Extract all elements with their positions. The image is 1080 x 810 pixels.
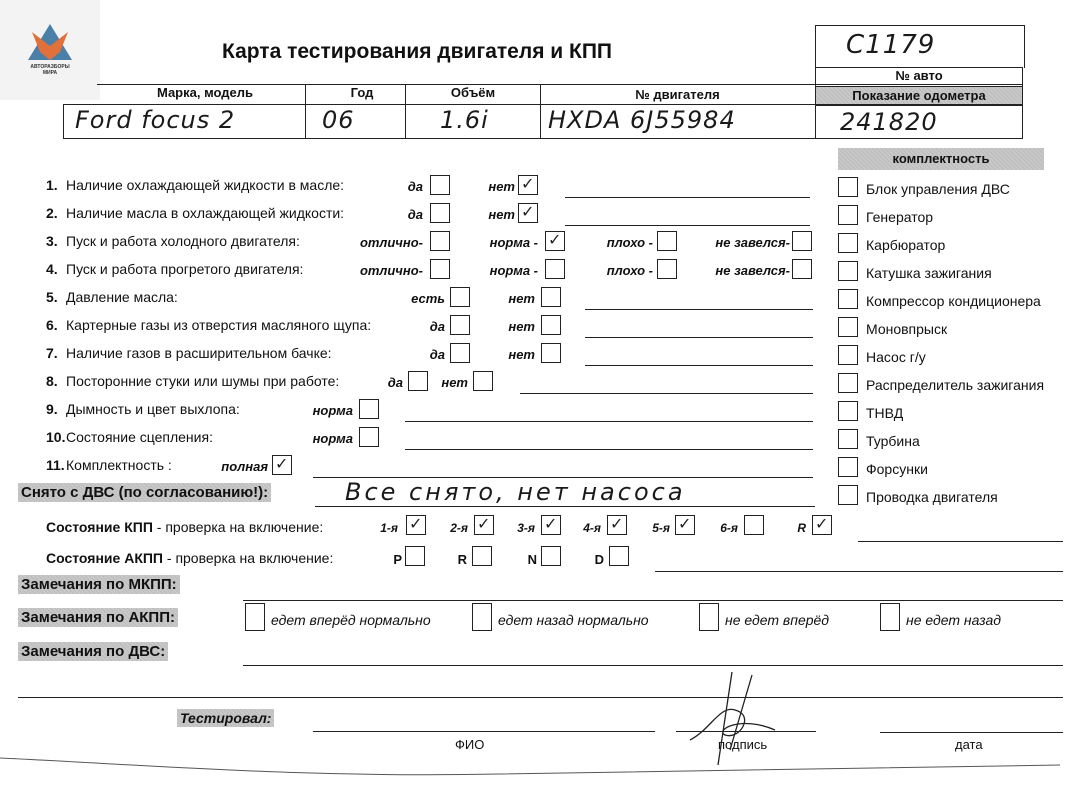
question-6-option-2-checkbox[interactable] (541, 315, 561, 335)
question-10: 10.Состояние сцепления: (46, 429, 213, 445)
paper-edge (0, 750, 1080, 780)
checkmark-icon: ✓ (521, 176, 534, 192)
col-label-volume: Объём (406, 85, 540, 100)
question-text: Посторонние стуки или шумы при работе: (66, 373, 339, 389)
question-7-option-1-checkbox[interactable] (450, 343, 470, 363)
question-number: 5. (46, 289, 66, 305)
question-text: Пуск и работа холодного двигателя: (66, 233, 300, 249)
option-label: да (430, 319, 445, 334)
question-text: Пуск и работа прогретого двигателя: (66, 261, 303, 277)
question-4-option-4-checkbox[interactable] (792, 259, 812, 279)
option-label: нет (508, 291, 535, 306)
option-label: плохо - (607, 235, 653, 250)
question-8-option-2-checkbox[interactable] (473, 371, 493, 391)
gear-label: 6-я (720, 521, 738, 535)
question-10-option-1-checkbox[interactable] (359, 427, 379, 447)
question-text: Комплектность : (66, 457, 172, 473)
notes-line[interactable] (405, 421, 813, 422)
removed-value[interactable]: Все снято, нет насоса (345, 478, 686, 506)
remarks-dvs-label: Замечания по ДВС: (18, 642, 168, 661)
option-label: да (388, 375, 403, 390)
notes-line[interactable] (585, 337, 813, 338)
option-label: норма (313, 403, 353, 418)
akpp-label: Состояние АКПП - проверка на включение: (46, 550, 333, 566)
option-label: отлично- (360, 263, 423, 278)
gear-6-checkbox[interactable] (744, 515, 764, 535)
question-2-option-2-checkbox[interactable]: ✓ (518, 203, 538, 223)
option-label: нет (488, 207, 515, 222)
checkmark-icon: ✓ (544, 516, 557, 532)
completeness-item-label: Генератор (866, 209, 933, 225)
logo-icon (26, 22, 74, 62)
completeness-checkbox-7[interactable] (838, 345, 858, 365)
question-5: 5.Давление масла: (46, 289, 178, 305)
completeness-item-label: Распределитель зажигания (866, 377, 1044, 393)
notes-line[interactable] (565, 197, 810, 198)
gear-label: 4-я (583, 521, 601, 535)
option-label: не завелся- (715, 263, 790, 278)
akpp-remark-checkbox-4[interactable] (880, 603, 900, 631)
question-6-option-1-checkbox[interactable] (450, 315, 470, 335)
col-label-year: Год (318, 85, 406, 100)
question-11-option-1-checkbox[interactable]: ✓ (272, 455, 292, 475)
question-number: 10. (46, 429, 66, 445)
mode-label: R (458, 552, 467, 567)
tested-by-label: Тестировал: (177, 709, 274, 727)
gear-label: R (797, 521, 806, 535)
question-text: Картерные газы из отверстия масляного щу… (66, 317, 371, 333)
checkmark-icon: ✓ (521, 204, 534, 220)
completeness-item-label: Форсунки (866, 461, 928, 477)
odometer-value[interactable]: 241820 (840, 108, 938, 136)
checkmark-icon: ✓ (548, 232, 561, 248)
question-number: 4. (46, 261, 66, 277)
notes-line[interactable] (520, 393, 813, 394)
question-number: 11. (46, 457, 66, 473)
notes-line[interactable] (585, 365, 813, 366)
question-number: 8. (46, 373, 66, 389)
checkmark-icon: ✓ (409, 516, 422, 532)
completeness-checkbox-4[interactable] (838, 261, 858, 281)
question-4: 4.Пуск и работа прогретого двигателя: (46, 261, 303, 277)
completeness-checkbox-2[interactable] (838, 205, 858, 225)
option-label: нет (441, 375, 468, 390)
option-label: норма - (490, 263, 538, 278)
question-text: Дымность и цвет выхлопа: (66, 401, 240, 417)
question-6: 6.Картерные газы из отверстия масляного … (46, 317, 371, 333)
option-label: норма - (490, 235, 538, 250)
checkmark-icon: ✓ (275, 456, 288, 472)
question-text: Состояние сцепления: (66, 429, 213, 445)
kpp-label: Состояние КПП - проверка на включение: (46, 519, 323, 535)
akpp-mode-n-checkbox[interactable] (541, 546, 561, 566)
checkmark-icon: ✓ (610, 516, 623, 532)
make-model-value[interactable]: Ford focus 2 (75, 106, 235, 134)
option-label: нет (508, 319, 535, 334)
question-4-option-3-checkbox[interactable] (657, 259, 677, 279)
completeness-checkbox-1[interactable] (838, 177, 858, 197)
akpp-remark-label: едет вперёд нормально (271, 612, 431, 628)
option-label: нет (508, 347, 535, 362)
question-number: 9. (46, 401, 66, 417)
car-number-value[interactable]: C1179 (846, 30, 935, 60)
gear-2-checkbox[interactable]: ✓ (474, 515, 494, 535)
car-number-label: № авто (815, 67, 1023, 85)
logo-panel: АВТОРАЗБОРЫ МИРА (0, 0, 100, 100)
completeness-item-label: ТНВД (866, 405, 903, 421)
remarks-akpp-label: Замечания по АКПП: (18, 608, 178, 627)
completeness-item-label: Катушка зажигания (866, 265, 992, 281)
question-2: 2.Наличие масла в охлаждающей жидкости: (46, 205, 344, 221)
notes-line[interactable] (565, 225, 810, 226)
question-8-option-1-checkbox[interactable] (408, 371, 428, 391)
akpp-remark-label: едет назад нормально (498, 612, 649, 628)
option-label: да (408, 179, 423, 194)
akpp-remark-label: не едет назад (906, 612, 1001, 628)
question-5-option-2-checkbox[interactable] (541, 287, 561, 307)
gear-1-checkbox[interactable]: ✓ (406, 515, 426, 535)
completeness-item-label: Компрессор кондиционера (866, 293, 1041, 309)
akpp-remark-checkbox-1[interactable] (245, 603, 265, 631)
question-number: 2. (46, 205, 66, 221)
col-label-engine-number: № двигателя (540, 87, 815, 102)
question-9: 9.Дымность и цвет выхлопа: (46, 401, 240, 417)
akpp-mode-d-checkbox[interactable] (609, 546, 629, 566)
volume-value[interactable]: 1.6i (440, 106, 489, 134)
question-3-option-1-checkbox[interactable] (430, 231, 450, 251)
removed-label: Снято с ДВС (по согласованию!): (18, 483, 271, 502)
question-1: 1.Наличие охлаждающей жидкости в масле: (46, 177, 344, 193)
question-3-option-4-checkbox[interactable] (792, 231, 812, 251)
completeness-checkbox-3[interactable] (838, 233, 858, 253)
question-11: 11.Комплектность : (46, 457, 172, 473)
completeness-checkbox-10[interactable] (838, 429, 858, 449)
notes-line[interactable] (585, 309, 813, 310)
question-number: 1. (46, 177, 66, 193)
completeness-item-label: Моновпрыск (866, 321, 947, 337)
gear-7-checkbox[interactable]: ✓ (812, 515, 832, 535)
akpp-remark-label: не едет вперёд (725, 612, 829, 628)
gear-label: 3-я (517, 521, 535, 535)
gear-label: 5-я (652, 521, 670, 535)
completeness-title: комплектность (838, 148, 1044, 170)
completeness-item-label: Проводка двигателя (866, 489, 998, 505)
col-label-make-model: Марка, модель (100, 85, 310, 100)
question-2-option-1-checkbox[interactable] (430, 203, 450, 223)
completeness-checkbox-9[interactable] (838, 401, 858, 421)
option-label: есть (411, 291, 445, 306)
notes-line[interactable] (405, 449, 813, 450)
question-3: 3.Пуск и работа холодного двигателя: (46, 233, 300, 249)
question-1-option-2-checkbox[interactable]: ✓ (518, 175, 538, 195)
gear-label: 2-я (450, 521, 468, 535)
gear-5-checkbox[interactable]: ✓ (675, 515, 695, 535)
question-3-option-2-checkbox[interactable]: ✓ (545, 231, 565, 251)
option-label: отлично- (360, 235, 423, 250)
car-number-box: C1179 (815, 25, 1025, 68)
question-8: 8.Посторонние стуки или шумы при работе: (46, 373, 339, 389)
checkmark-icon: ✓ (815, 516, 828, 532)
page-title: Карта тестирования двигателя и КПП (222, 40, 612, 64)
option-label: плохо - (607, 263, 653, 278)
question-1-option-1-checkbox[interactable] (430, 175, 450, 195)
option-label: да (430, 347, 445, 362)
gear-3-checkbox[interactable]: ✓ (541, 515, 561, 535)
option-label: нет (488, 179, 515, 194)
question-7: 7.Наличие газов в расширительном бачке: (46, 345, 332, 361)
option-label: полная (221, 459, 268, 474)
option-label: норма (313, 431, 353, 446)
question-7-option-2-checkbox[interactable] (541, 343, 561, 363)
question-number: 7. (46, 345, 66, 361)
engine-number-value[interactable]: HXDA 6J55984 (548, 106, 736, 134)
year-value[interactable]: 06 (322, 106, 355, 134)
question-text: Давление масла: (66, 289, 178, 305)
option-label: не завелся- (715, 235, 790, 250)
question-number: 6. (46, 317, 66, 333)
completeness-item-label: Турбина (866, 433, 920, 449)
question-3-option-3-checkbox[interactable] (657, 231, 677, 251)
question-number: 3. (46, 233, 66, 249)
mode-label: P (393, 552, 402, 567)
question-4-option-1-checkbox[interactable] (430, 259, 450, 279)
option-label: да (408, 207, 423, 222)
col-label-odometer: Показание одометра (815, 86, 1023, 106)
mode-label: D (595, 552, 604, 567)
remarks-mkpp-label: Замечания по МКПП: (18, 575, 180, 594)
akpp-remark-checkbox-2[interactable] (472, 603, 492, 631)
akpp-remark-checkbox-3[interactable] (699, 603, 719, 631)
question-4-option-2-checkbox[interactable] (545, 259, 565, 279)
completeness-checkbox-5[interactable] (838, 289, 858, 309)
akpp-mode-p-checkbox[interactable] (405, 546, 425, 566)
completeness-item-label: Блок управления ДВС (866, 181, 1010, 197)
question-text: Наличие охлаждающей жидкости в масле: (66, 177, 344, 193)
completeness-item-label: Карбюратор (866, 237, 945, 253)
mode-label: N (528, 552, 537, 567)
logo-name-line2: МИРА (0, 70, 100, 76)
completeness-checkbox-6[interactable] (838, 317, 858, 337)
checkmark-icon: ✓ (678, 516, 691, 532)
question-text: Наличие масла в охлаждающей жидкости: (66, 205, 344, 221)
checkmark-icon: ✓ (477, 516, 490, 532)
gear-label: 1-я (380, 521, 398, 535)
question-text: Наличие газов в расширительном бачке: (66, 345, 332, 361)
completeness-checkbox-12[interactable] (838, 485, 858, 505)
question-9-option-1-checkbox[interactable] (359, 399, 379, 419)
completeness-checkbox-8[interactable] (838, 373, 858, 393)
completeness-item-label: Насос г/у (866, 349, 926, 365)
gear-4-checkbox[interactable]: ✓ (607, 515, 627, 535)
completeness-checkbox-11[interactable] (838, 457, 858, 477)
akpp-mode-r-checkbox[interactable] (472, 546, 492, 566)
question-5-option-1-checkbox[interactable] (450, 287, 470, 307)
